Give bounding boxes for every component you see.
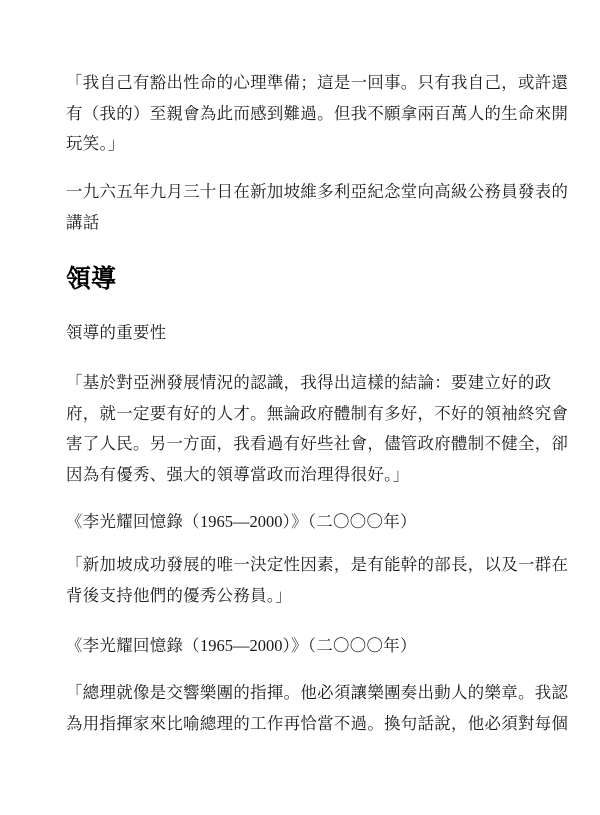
text-line: 一九六五年九月三十日在新加坡維多利亞紀念堂向高級公務員發表的 — [66, 177, 536, 208]
text-line: 害了人民。另一方面，我看過有好些社會，儘管政府體制不健全，卻 — [66, 429, 536, 460]
text-line: 因為有優秀、强大的領導當政而治理得很好。」 — [66, 460, 536, 491]
text-line: 有（我的）至親會為此而感到難過。但我不願拿兩百萬人的生命來開 — [66, 99, 536, 130]
text-line: 府，就一定要有好的人才。無論政府體制有多好，不好的領袖終究會 — [66, 399, 536, 430]
section-heading: 領導 — [66, 262, 116, 296]
citation-3: 《李光耀回憶錄（1965—2000）》（二〇〇〇年） — [66, 631, 536, 662]
text-line: 為用指揮家來比喻總理的工作再恰當不過。換句話說，他必須對每個 — [66, 709, 536, 740]
text-line: 背後支持他們的優秀公務員。」 — [66, 581, 536, 612]
source-paragraph-1: 一九六五年九月三十日在新加坡維多利亞紀念堂向高級公務員發表的 講話 — [66, 177, 536, 238]
text-line: 「我自己有豁出性命的心理準備；這是一回事。只有我自己，或許還 — [66, 68, 536, 99]
text-line: 玩笑。」 — [66, 129, 536, 160]
section-subheading: 領導的重要性 — [66, 318, 536, 349]
subheading-text: 領導的重要性 — [66, 318, 536, 349]
citation-title-post: ）》（二〇〇〇年） — [282, 636, 416, 655]
quote-paragraph-4: 「總理就像是交響樂團的指揮。他必須讓樂團奏出動人的樂章。我認 為用指揮家來比喻總… — [66, 678, 536, 739]
quote-paragraph-1: 「我自己有豁出性命的心理準備；這是一回事。只有我自己，或許還 有（我的）至親會為… — [66, 68, 536, 160]
text-line: 講話 — [66, 208, 536, 239]
citation-title-pre: 《李光耀回憶錄（ — [66, 636, 200, 655]
text-line: 「新加坡成功發展的唯一決定性因素，是有能幹的部長，以及一群在 — [66, 550, 536, 581]
quote-paragraph-2: 「基於對亞洲發展情況的認識，我得出這樣的結論：要建立好的政 府，就一定要有好的人… — [66, 368, 536, 490]
citation-2: 《李光耀回憶錄（1965—2000）》（二〇〇〇年） — [66, 507, 536, 538]
text-line: 「基於對亞洲發展情況的認識，我得出這樣的結論：要建立好的政 — [66, 368, 536, 399]
citation-years: 1965—2000 — [200, 512, 283, 531]
text-line: 「總理就像是交響樂團的指揮。他必須讓樂團奏出動人的樂章。我認 — [66, 678, 536, 709]
citation-years: 1965—2000 — [200, 636, 283, 655]
citation-title-pre: 《李光耀回憶錄（ — [66, 512, 200, 531]
quote-paragraph-3: 「新加坡成功發展的唯一決定性因素，是有能幹的部長，以及一群在 背後支持他們的優秀… — [66, 550, 536, 611]
citation-title-post: ）》（二〇〇〇年） — [282, 512, 416, 531]
